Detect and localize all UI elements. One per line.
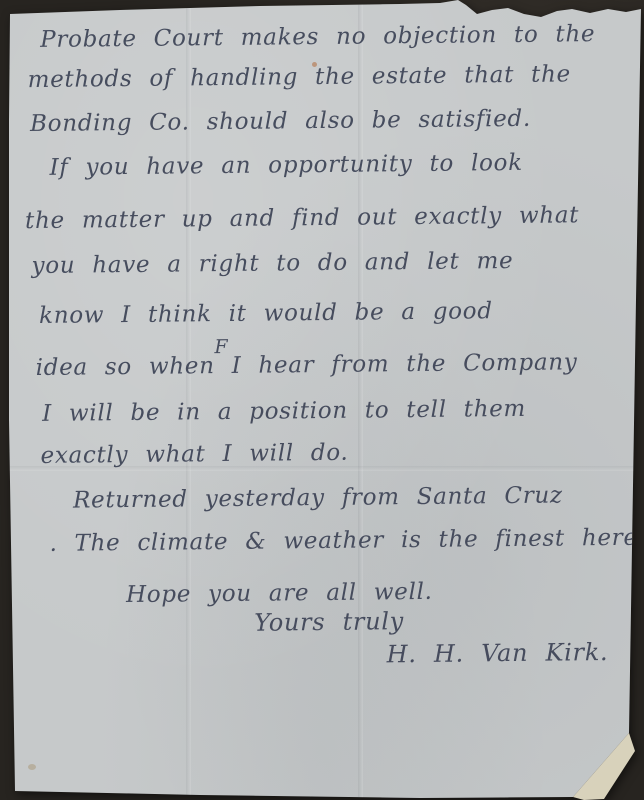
letter-line: Hope you are all well.	[126, 579, 433, 608]
letter-line: the matter up and find out exactly what	[25, 202, 579, 234]
letter-photo: Probate Court makes no objection to the …	[0, 0, 644, 800]
letter-line: Bonding Co. should also be satisfied.	[30, 106, 531, 137]
letter-line: exactly what I will do.	[40, 440, 348, 469]
letter-line: . The climate & weather is the finest he…	[49, 525, 644, 557]
photo-background: Probate Court makes no objection to the …	[0, 0, 644, 800]
letter-line: Returned yesterday from Santa Cruz	[73, 482, 563, 513]
letter-line: you have a right to do and let me	[31, 248, 513, 279]
letter-line: I will be in a position to tell them	[42, 396, 526, 427]
closing-line: Yours truly	[254, 607, 404, 637]
signature: H. H. Van Kirk.	[387, 638, 609, 668]
handwritten-text: Probate Court makes no objection to the …	[0, 0, 644, 800]
letter-line: If you have an opportunity to look	[49, 150, 522, 181]
inserted-correction-mark: F	[214, 336, 228, 358]
letter-line: Probate Court makes no objection to the	[40, 21, 595, 53]
letter-line: idea so when I hear from the Company	[36, 349, 578, 381]
letter-paper: Probate Court makes no objection to the …	[0, 0, 644, 800]
letter-line: methods of handling the estate that the	[27, 61, 571, 93]
letter-line: know I think it would be a good	[39, 298, 493, 329]
